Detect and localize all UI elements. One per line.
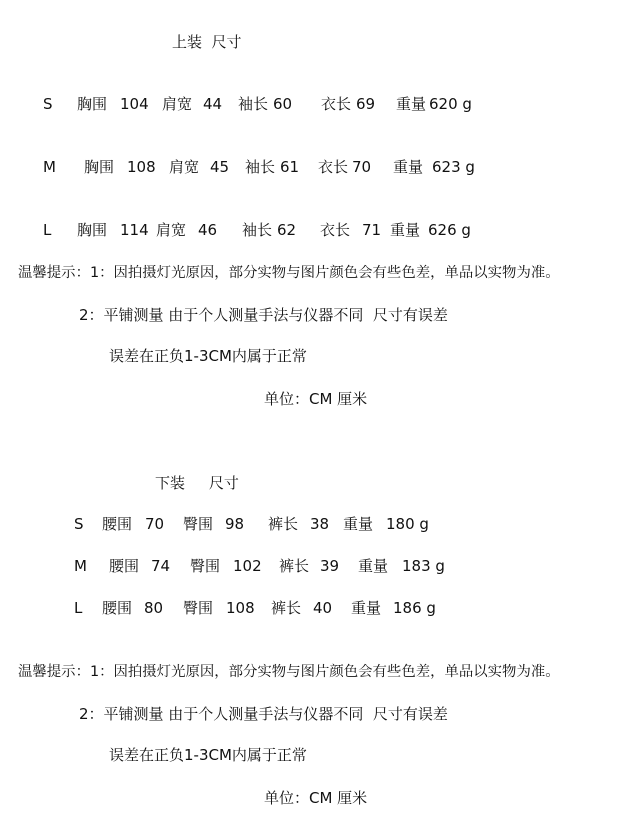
hip-value: 102 xyxy=(233,556,262,576)
shoulder-label: 肩宽 xyxy=(162,94,192,114)
weight-value: 186 g xyxy=(393,598,436,618)
bottom-note-line-1: 温馨提示：1：因拍摄灯光原因，部分实物与图片颜色会有些色差，单品以实物为准。 xyxy=(18,662,560,682)
length-label: 衣长 xyxy=(321,94,351,114)
shoulder-value: 46 xyxy=(198,220,217,240)
size-label: S xyxy=(74,514,84,534)
chest-value: 114 xyxy=(120,220,149,240)
waist-label: 腰围 xyxy=(102,598,132,618)
sleeve-label: 袖长 xyxy=(245,157,275,177)
hip-value: 108 xyxy=(226,598,255,618)
sleeve-label: 袖长 xyxy=(242,220,272,240)
pants-length-value: 40 xyxy=(313,598,332,618)
size-label: L xyxy=(74,598,82,618)
hip-value: 98 xyxy=(225,514,244,534)
pants-length-value: 39 xyxy=(320,556,339,576)
shoulder-label: 肩宽 xyxy=(156,220,186,240)
weight-value: 180 g xyxy=(386,514,429,534)
waist-value: 70 xyxy=(145,514,164,534)
size-label: S xyxy=(43,94,53,114)
pants-length-label: 裤长 xyxy=(268,514,298,534)
length-value: 70 xyxy=(352,157,371,177)
weight-label: 重量 xyxy=(390,220,420,240)
length-label: 衣长 xyxy=(320,220,350,240)
weight-label: 重量 xyxy=(351,598,381,618)
waist-value: 74 xyxy=(151,556,170,576)
length-value: 69 xyxy=(356,94,375,114)
chest-value: 108 xyxy=(127,157,156,177)
weight-value: 620 g xyxy=(429,94,472,114)
top-unit-note: 单位：CM 厘米 xyxy=(264,389,367,409)
waist-value: 80 xyxy=(144,598,163,618)
chest-label: 胸围 xyxy=(84,157,114,177)
bottom-unit-note: 单位：CM 厘米 xyxy=(264,788,367,808)
top-note-line-3: 误差在正负1-3CM内属于正常 xyxy=(109,346,307,366)
shoulder-value: 45 xyxy=(210,157,229,177)
sleeve-value: 60 xyxy=(273,94,292,114)
weight-label: 重量 xyxy=(396,94,426,114)
size-label: L xyxy=(43,220,51,240)
hip-label: 臀围 xyxy=(183,598,213,618)
chest-label: 胸围 xyxy=(77,220,107,240)
weight-value: 623 g xyxy=(432,157,475,177)
waist-label: 腰围 xyxy=(109,556,139,576)
sleeve-value: 61 xyxy=(280,157,299,177)
hip-label: 臀围 xyxy=(183,514,213,534)
top-note-line-2: 2：平铺测量 由于个人测量手法与仪器不同 尺寸有误差 xyxy=(79,305,448,325)
waist-label: 腰围 xyxy=(102,514,132,534)
pants-length-value: 38 xyxy=(310,514,329,534)
weight-value: 183 g xyxy=(402,556,445,576)
chest-label: 胸围 xyxy=(77,94,107,114)
sleeve-value: 62 xyxy=(277,220,296,240)
weight-label: 重量 xyxy=(343,514,373,534)
shoulder-value: 44 xyxy=(203,94,222,114)
top-note-line-1: 温馨提示：1：因拍摄灯光原因，部分实物与图片颜色会有些色差，单品以实物为准。 xyxy=(18,263,560,283)
length-value: 71 xyxy=(362,220,381,240)
chest-value: 104 xyxy=(120,94,149,114)
top-size-title: 上装 尺寸 xyxy=(172,32,242,52)
pants-length-label: 裤长 xyxy=(279,556,309,576)
shoulder-label: 肩宽 xyxy=(169,157,199,177)
size-label: M xyxy=(43,157,56,177)
bottom-size-title: 下装 尺寸 xyxy=(155,473,239,493)
weight-label: 重量 xyxy=(358,556,388,576)
weight-label: 重量 xyxy=(393,157,423,177)
length-label: 衣长 xyxy=(318,157,348,177)
hip-label: 臀围 xyxy=(190,556,220,576)
weight-value: 626 g xyxy=(428,220,471,240)
bottom-note-line-2: 2：平铺测量 由于个人测量手法与仪器不同 尺寸有误差 xyxy=(79,704,448,724)
sleeve-label: 袖长 xyxy=(238,94,268,114)
bottom-note-line-3: 误差在正负1-3CM内属于正常 xyxy=(109,745,307,765)
pants-length-label: 裤长 xyxy=(271,598,301,618)
size-label: M xyxy=(74,556,87,576)
